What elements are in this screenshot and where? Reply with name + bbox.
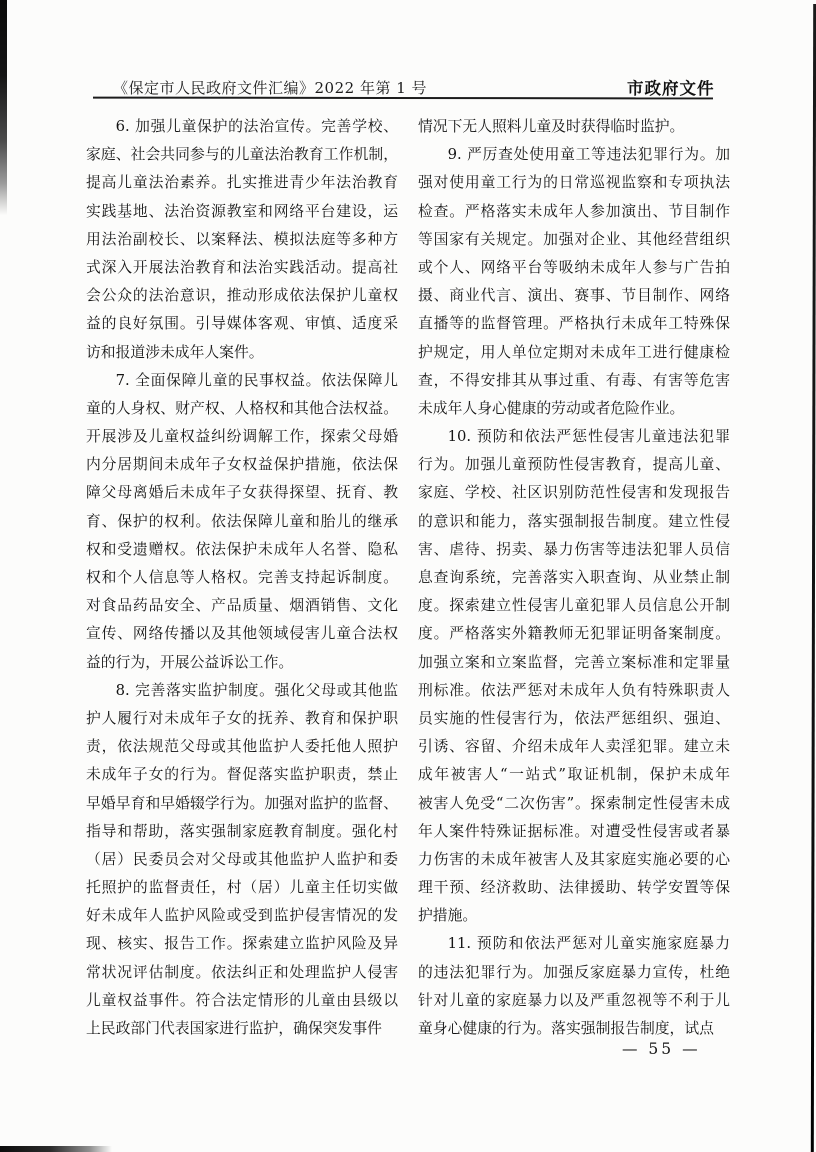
text-line: 直播等的监督管理。严格执行未成年工特殊保 <box>418 310 730 338</box>
text-line: 查，不得安排其从事过重、有毒、有害等危害 <box>418 367 730 395</box>
text-line: 引诱、容留、介绍未成年人卖淫犯罪。建立未 <box>418 733 730 761</box>
text-line: 儿童权益事件。符合法定情形的儿童由县级以 <box>86 987 398 1015</box>
text-body: 6. 加强儿童保护的法治宣传。完善学校、家庭、社会共同参与的儿童法治教育工作机制… <box>86 113 730 1043</box>
text-line: 童身心健康的行为。落实强制报告制度，试点 <box>418 1015 730 1043</box>
text-line: 实践基地、法治资源教室和网络平台建设，运 <box>86 198 398 226</box>
text-line: 未成年子女的行为。督促落实监护职责，禁止 <box>86 761 398 789</box>
text-line: 上民政部门代表国家进行监护，确保突发事件 <box>86 1015 398 1043</box>
text-line: 被害人免受“二次伤害”。探索制定性侵害未成 <box>418 790 730 818</box>
header-rule <box>93 97 713 100</box>
text-line: 6. 加强儿童保护的法治宣传。完善学校、 <box>86 113 398 141</box>
text-line: 等国家有关规定。加强对企业、其他经营组织 <box>418 226 730 254</box>
text-line: 度。严格落实外籍教师无犯罪证明备案制度。 <box>418 620 730 648</box>
text-line: 刑标准。依法严惩对未成年人负有特殊职责人 <box>418 677 730 705</box>
text-line: 成年被害人“一站式”取证机制，保护未成年 <box>418 761 730 789</box>
text-line: 好未成年人监护风险或受到监护侵害情况的发 <box>86 902 398 930</box>
paragraph: 10. 预防和依法严惩性侵害儿童违法犯罪行为。加强儿童预防性侵害教育，提高儿童、… <box>418 423 730 930</box>
text-line: 11. 预防和依法严惩对儿童实施家庭暴力 <box>418 930 730 958</box>
text-line: 8. 完善落实监护制度。强化父母或其他监 <box>86 677 398 705</box>
text-line: 托照护的监督责任，村（居）儿童主任切实做 <box>86 874 398 902</box>
text-line: 行为。加强儿童预防性侵害教育，提高儿童、 <box>418 451 730 479</box>
text-line: 力伤害的未成年被害人及其家庭实施必要的心 <box>418 846 730 874</box>
text-line: 家庭、社会共同参与的儿童法治教育工作机制， <box>86 141 398 169</box>
paragraph: 9. 严厉查处使用童工等违法犯罪行为。加强对使用童工行为的日常巡视监察和专项执法… <box>418 141 730 423</box>
text-line: 理干预、经济救助、法律援助、转学安置等保 <box>418 874 730 902</box>
text-line: 针对儿童的家庭暴力以及严重忽视等不利于儿 <box>418 987 730 1015</box>
paragraph: 8. 完善落实监护制度。强化父母或其他监护人履行对未成年子女的抚养、教育和保护职… <box>86 677 398 1043</box>
text-line: 10. 预防和依法严惩性侵害儿童违法犯罪 <box>418 423 730 451</box>
text-line: 家庭、学校、社区识别防范性侵害和发现报告 <box>418 479 730 507</box>
text-line: 对食品药品安全、产品质量、烟酒销售、文化 <box>86 592 398 620</box>
text-line: 责，依法规范父母或其他监护人委托他人照护 <box>86 733 398 761</box>
text-line: 未成年人身心健康的劳动或者危险作业。 <box>418 395 730 423</box>
text-line: 权和个人信息等人格权。完善支持起诉制度。 <box>86 564 398 592</box>
document-category-label: 市政府文件 <box>627 75 715 99</box>
text-line: 的违法犯罪行为。加强反家庭暴力宣传，杜绝 <box>418 959 730 987</box>
text-line: 宣传、网络传播以及其他领域侵害儿童合法权 <box>86 620 398 648</box>
scan-artifact-right-edge <box>811 4 816 1152</box>
text-line: 护人履行对未成年子女的抚养、教育和保护职 <box>86 705 398 733</box>
page-number: — 55 — <box>622 1040 701 1058</box>
text-line: 权和受遗赠权。依法保护未成年人名誉、隐私 <box>86 536 398 564</box>
text-line: 9. 严厉查处使用童工等违法犯罪行为。加 <box>418 141 730 169</box>
text-line: 益的行为，开展公益诉讼工作。 <box>86 649 398 677</box>
left-column: 6. 加强儿童保护的法治宣传。完善学校、家庭、社会共同参与的儿童法治教育工作机制… <box>86 113 398 1043</box>
paragraph: 6. 加强儿童保护的法治宣传。完善学校、家庭、社会共同参与的儿童法治教育工作机制… <box>86 113 398 367</box>
text-line: 常状况评估制度。依法纠正和处理监护人侵害 <box>86 959 398 987</box>
text-line: 指导和帮助，落实强制家庭教育制度。强化村 <box>86 818 398 846</box>
text-line: 7. 全面保障儿童的民事权益。依法保障儿 <box>86 367 398 395</box>
paragraph: 11. 预防和依法严惩对儿童实施家庭暴力的违法犯罪行为。加强反家庭暴力宣传，杜绝… <box>418 930 730 1043</box>
paragraph: 7. 全面保障儿童的民事权益。依法保障儿童的人身权、财产权、人格权和其他合法权益… <box>86 367 398 677</box>
text-line: 益的良好氛围。引导媒体客观、审慎、适度采 <box>86 310 398 338</box>
document-page: 《保定市人民政府文件汇编》2022 年第 1 号 市政府文件 6. 加强儿童保护… <box>0 0 816 1152</box>
text-line: 开展涉及儿童权益纠纷调解工作，探索父母婚 <box>86 423 398 451</box>
text-line: 育、保护的权利。依法保障儿童和胎儿的继承 <box>86 508 398 536</box>
text-line: 年人案件特殊证据标准。对遭受性侵害或者暴 <box>418 818 730 846</box>
text-line: 或个人、网络平台等吸纳未成年人参与广告拍 <box>418 254 730 282</box>
text-line: 内分居期间未成年子女权益保护措施，依法保 <box>86 451 398 479</box>
text-line: 护规定，用人单位定期对未成年工进行健康检 <box>418 339 730 367</box>
right-column: 情况下无人照料儿童及时获得临时监护。9. 严厉查处使用童工等违法犯罪行为。加强对… <box>418 113 730 1043</box>
text-line: 用法治副校长、以案释法、模拟法庭等多种方 <box>86 226 398 254</box>
text-line: 情况下无人照料儿童及时获得临时监护。 <box>418 113 730 141</box>
text-line: 加强立案和立案监督，完善立案标准和定罪量 <box>418 649 730 677</box>
text-line: 现、核实、报告工作。探索建立监护风险及异 <box>86 930 398 958</box>
scan-artifact-left-edge <box>0 0 7 215</box>
text-line: 害、虐待、拐卖、暴力伤害等违法犯罪人员信 <box>418 536 730 564</box>
text-line: 早婚早育和早婚辍学行为。加强对监护的监督、 <box>86 790 398 818</box>
text-line: 提高儿童法治素养。扎实推进青少年法治教育 <box>86 169 398 197</box>
text-line: 度。探索建立性侵害儿童犯罪人员信息公开制 <box>418 592 730 620</box>
paragraph: 情况下无人照料儿童及时获得临时监护。 <box>418 113 730 141</box>
text-line: 式深入开展法治教育和法治实践活动。提高社 <box>86 254 398 282</box>
text-line: 检查。严格落实未成年人参加演出、节目制作 <box>418 198 730 226</box>
text-line: 会公众的法治意识，推动形成依法保护儿童权 <box>86 282 398 310</box>
text-line: 强对使用童工行为的日常巡视监察和专项执法 <box>418 169 730 197</box>
text-line: 障父母离婚后未成年子女获得探望、抚育、教 <box>86 479 398 507</box>
text-line: 护措施。 <box>418 902 730 930</box>
text-line: 访和报道涉未成年人案件。 <box>86 339 398 367</box>
compilation-title: 《保定市人民政府文件汇编》2022 年第 1 号 <box>113 77 427 98</box>
text-line: 童的人身权、财产权、人格权和其他合法权益。 <box>86 395 398 423</box>
text-line: 的意识和能力，落实强制报告制度。建立性侵 <box>418 508 730 536</box>
scan-artifact-bottom-edge <box>0 1146 112 1152</box>
text-line: 员实施的性侵害行为，依法严惩组织、强迫、 <box>418 705 730 733</box>
text-line: 息查询系统，完善落实入职查询、从业禁止制 <box>418 564 730 592</box>
text-line: （居）民委员会对父母或其他监护人监护和委 <box>86 846 398 874</box>
text-line: 摄、商业代言、演出、赛事、节目制作、网络 <box>418 282 730 310</box>
